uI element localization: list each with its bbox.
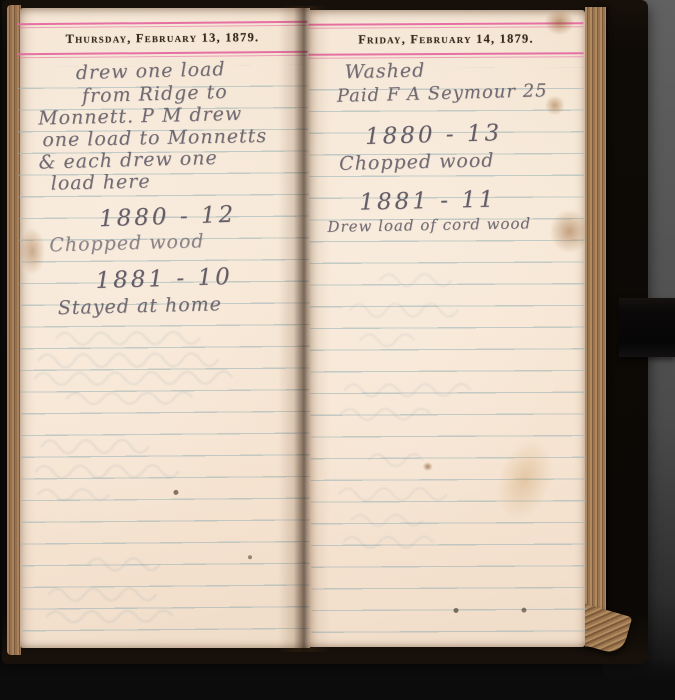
handwriting-line: 1880 - 13 bbox=[365, 120, 503, 150]
handwriting-line: & each drew one bbox=[38, 147, 218, 174]
photo-background-bottom bbox=[0, 658, 675, 700]
handwriting-line: 1880 - 12 bbox=[99, 202, 237, 233]
handwriting-line: Stayed at home bbox=[58, 293, 223, 319]
handwriting-line: Washed bbox=[344, 59, 425, 83]
pink-header-rule bbox=[18, 55, 308, 59]
handwriting-line: 1881 - 11 bbox=[359, 187, 497, 216]
right-page: Friday, February 14, 1879. Washed Paid F… bbox=[310, 10, 585, 647]
cover-strap bbox=[619, 298, 675, 357]
pink-header-rule bbox=[309, 52, 584, 55]
right-page-date-header: Friday, February 14, 1879. bbox=[308, 31, 583, 47]
handwriting-line: load here bbox=[50, 170, 150, 194]
pink-header-rule bbox=[17, 25, 307, 29]
pink-header-rule bbox=[309, 56, 584, 59]
handwriting-line: one load to Monnetts bbox=[42, 125, 267, 151]
handwriting-line: 1881 - 10 bbox=[95, 264, 233, 294]
handwriting-line: Drew load of cord wood bbox=[327, 214, 531, 236]
diary-scan-photo: Thursday, February 13, 1879. drew one lo… bbox=[0, 0, 675, 700]
handwriting-line: drew one load bbox=[75, 58, 225, 84]
handwriting-line: Chopped wood bbox=[339, 149, 495, 175]
left-page-date-header: Thursday, February 13, 1879. bbox=[17, 30, 307, 48]
pink-header-rule bbox=[308, 22, 583, 25]
left-page: Thursday, February 13, 1879. drew one lo… bbox=[20, 8, 310, 648]
handwriting-line: Chopped wood bbox=[49, 230, 205, 256]
pink-header-rule bbox=[308, 26, 583, 29]
page-edge-stack-right bbox=[585, 7, 606, 647]
